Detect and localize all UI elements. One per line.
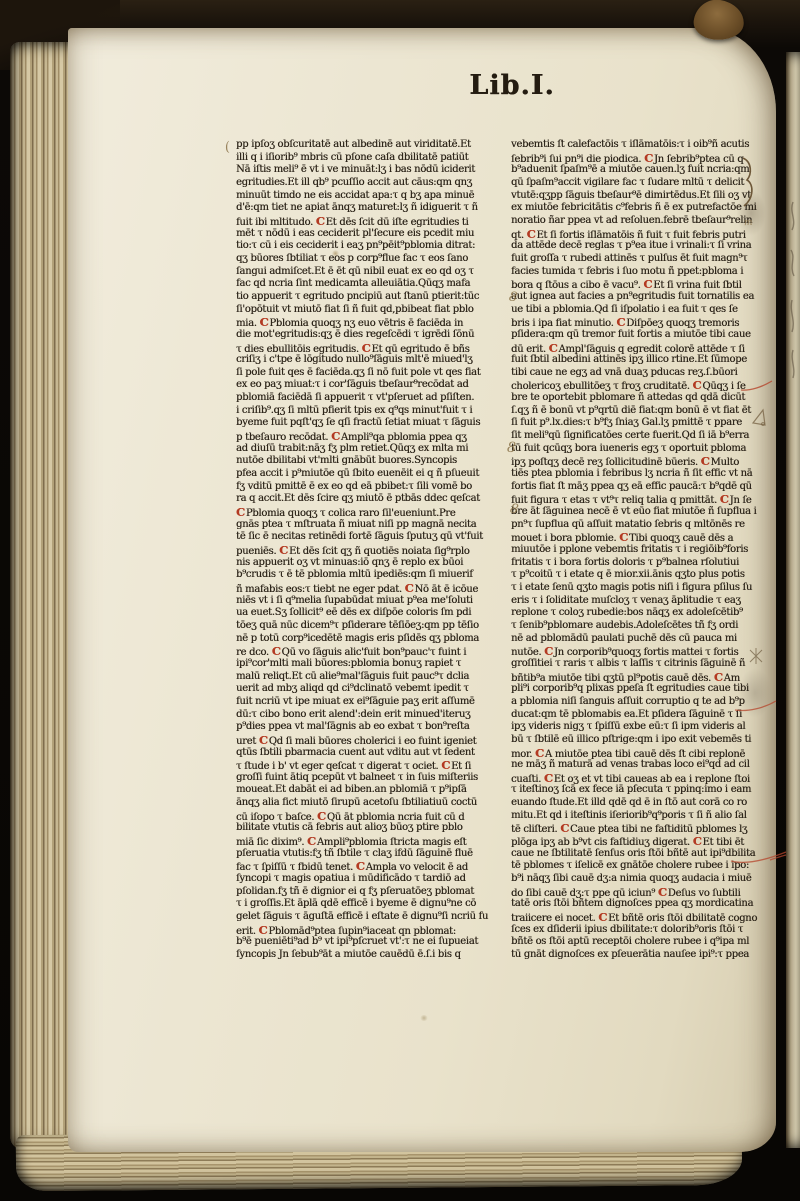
text-line: pſolidan.fʒ tñ ē dignior ei q fʒ pſeruat… (236, 886, 508, 899)
red-flourish-lower-icon (730, 848, 788, 870)
text-line: ſi fuit p⁹.lx.dies:τ b⁹fʒ ſniaʒ Gal.lʒ p… (511, 417, 777, 430)
text-line: nutōe dbilitabi vt'mlti gnābūt buores.Sy… (236, 455, 508, 468)
text-line: b⁹crudis τ ē tē pblomia mltū ipediēs:qm … (236, 569, 508, 582)
edge-scribbles-icon (787, 200, 799, 384)
text-line: ſces ex dſiderii ipius dbilitate:τ dolor… (511, 924, 777, 937)
text-line: tio:τ cū i eis ceciderit i eaʒ pn⁹pēit⁹p… (236, 240, 508, 253)
text-line: fuit ibi mltitudo. CEt dēs ſcit dū iſte … (236, 215, 508, 228)
text-line: bñtib⁹a miutōe tibi qʒtū pl⁹potis cauē d… (511, 671, 777, 684)
rubricated-word: Et (608, 913, 619, 924)
capitulum-mark-icon: C (316, 215, 326, 228)
rubricated-word: Pblomia (269, 318, 308, 329)
text-line: gnās ptea τ mſtruata ñ miuat niſi pp mag… (236, 519, 508, 532)
capitulum-mark-icon: C (279, 544, 289, 557)
rubricated-word: Qūqʒ (702, 381, 728, 392)
rubricated-word: Am (724, 673, 740, 684)
text-line: τ ſtude i b' vt eger qeſcat τ digerat τ … (236, 759, 508, 772)
rubricated-word: Jn (554, 647, 564, 658)
capitulum-mark-icon: C (272, 645, 282, 658)
handwritten-m-icon: m (744, 218, 753, 229)
text-line: qʒ būores ſbtiliat τ eos p corp⁹flue fac… (236, 253, 508, 266)
capitulum-mark-icon: C (701, 455, 711, 468)
rubricated-word: Et (451, 761, 462, 772)
capitulum-mark-icon: C (560, 822, 570, 835)
text-line: dū:τ cibo bono erit alend':dein erit min… (236, 709, 508, 722)
curly-brace-icon (740, 156, 756, 212)
text-line: aut ignea aut facies a pn⁹egritudis fuit… (511, 291, 777, 304)
text-line: b⁹aduenit ſpaſm⁹ē a miutōe cauen.lʒ fuit… (511, 164, 777, 177)
text-line: ua euet.Sʒ ſollicit⁹ eē dēs ex diſpōe co… (236, 607, 508, 620)
text-line: tū fuit qcūqʒ bora iueneris egʒ τ oportu… (511, 443, 777, 456)
text-line: ex eo paʒ miuat:τ i cor'ſāguis tbeſaur⁹r… (236, 379, 508, 392)
rubricated-word: Et (653, 280, 664, 291)
text-line: ānqʒ alia fict miutō ſirupū acetoſu ſbti… (236, 797, 508, 810)
text-line: moueat.Et dabāt ei ad biben.an pblomiā τ… (236, 784, 508, 797)
text-line: niēs vt i ſi q⁹melia ſupabūdat miuat p⁹e… (236, 595, 508, 608)
text-line: replone τ coloʒ rubedie:bos nāqʒ ex adol… (511, 607, 777, 620)
text-line: noratio ñar ppea vt ad reſoluen.febrē tb… (511, 215, 777, 228)
text-line: groſſitiei τ raris τ albis τ laſſis τ ci… (511, 658, 777, 671)
text-line: cholericoʒ ebullitōeʒ τ froʒ cruditatē. … (511, 379, 777, 392)
text-line: fuit ncriū vt ipe miuat ex ei⁹ſāguie paʒ… (236, 696, 508, 709)
text-line: ra q accit.Et dēs ſcire qʒ miutō ē ptbās… (236, 493, 508, 506)
capitulum-mark-icon: C (720, 493, 730, 506)
text-line: fuit ſbtil albedini attinēs ipʒ illico r… (511, 354, 777, 367)
capitulum-mark-icon: C (317, 810, 327, 823)
capitulum-mark-icon: C (331, 430, 341, 443)
text-line: ipi⁹cor'mlti mali būores:pblomia bonuʒ r… (236, 658, 508, 671)
text-line: pſeruatia vtutis:fʒ tñ ſbtile τ claʒ ifd… (236, 848, 508, 861)
text-line: pſidera:qm qū tremor fuit fortis a miutō… (511, 329, 777, 342)
text-line: eris τ i ſoliditate muſcloʒ τ venaʒ āpli… (511, 595, 777, 608)
text-line: pp ipſoʒ obſcuritatē aut albedinē aut vi… (236, 139, 508, 152)
text-line: bora q ſtōus a cibo ē vacu⁹. CEt ſi vrin… (511, 278, 777, 291)
text-line: bñtē os ſtōi aptū receptōi cholere rubee… (511, 936, 777, 949)
text-line: nē ad pblomādū paulati puchē dēs cū pauc… (511, 633, 777, 646)
text-line: ue tibi a pblomia.Qd ſi iſpolatio i ea f… (511, 304, 777, 317)
text-line: pli⁹i corporib⁹q plixas ppeſa ſt egritud… (511, 683, 777, 696)
rubricated-word: Qū (327, 812, 341, 823)
text-line: miuutōe i pplone vebemtis fritatis τ i r… (511, 544, 777, 557)
capitulum-mark-icon: C (616, 316, 626, 329)
capitulum-mark-icon: C (356, 860, 366, 873)
capitulum-mark-icon: C (535, 747, 545, 760)
page-title: Lib.I. (452, 70, 572, 101)
capitulum-mark-icon: C (658, 886, 668, 899)
capitulum-mark-icon: C (643, 278, 653, 291)
text-line: mitu.Et qd i iteſtinis iſeriorib⁹q⁹poris… (511, 810, 777, 823)
text-line: ſyncopis Jn ſebub⁹āt a miutōe cauēdū ē.ſ… (236, 949, 508, 962)
capitulum-mark-icon: C (619, 531, 629, 544)
text-line: illi q i iſiorib⁹ mbris cū pſone caſa db… (236, 152, 508, 165)
rubricated-word: Diſpōeʒ (626, 318, 663, 329)
text-line: ſyncopi τ magis opatiua i mūdificādo τ t… (236, 873, 508, 886)
text-line: ſi pole fuit qes ē faciēda.qʒ ſi nō fuit… (236, 367, 508, 380)
rubricated-word: Tibi (629, 533, 647, 544)
text-line: ſi'opōtuit vt miutō fiat ſi ñ fuit qd,pb… (236, 304, 508, 317)
rubricated-word: Qū (282, 647, 296, 658)
rubricated-word: Pblomād⁹ptea (268, 926, 335, 937)
capitulum-mark-icon: C (549, 342, 559, 355)
text-line: criſiʒ i c'tpe ē lōgitudo nullo⁹ſāguis m… (236, 354, 508, 367)
book-photo-scene: Lib.I. pp ipſoʒ obſcuritatē aut albedinē… (0, 0, 800, 1201)
text-line: vtutē:qʒpp ſāguis tbeſaur⁹ē dimirtēdus.E… (511, 190, 777, 203)
text-line: minuūt timdo ne eis accidat apa:τ q bʒ a… (236, 190, 508, 203)
rubricated-word: Deſus (668, 888, 696, 899)
text-line: bilitate vtutis cā febris aut alioʒ būoʒ… (236, 822, 508, 835)
text-column-left: pp ipſoʒ obſcuritatē aut albedinē aut vi… (236, 139, 508, 962)
text-line: tio appuerit τ egritudo pncipiū aut ſtan… (236, 291, 508, 304)
text-line: fac τ ſpiſſū τ fbidū tenet. CAmpla vo ve… (236, 860, 508, 873)
text-column-right: vebemtis ſt calefactōis τ iſlāmatōis:τ i… (511, 139, 777, 962)
text-line: cuaſti. CEt oʒ et vt tibi caueas ab ea i… (511, 772, 777, 785)
text-line: i criſib⁹.qʒ ſi mltū pfierit tpis ex q⁹q… (236, 405, 508, 418)
text-line: p⁹dies ppea vt mal'ſāgnis ab eo exbat τ … (236, 721, 508, 734)
text-line: ñ mafabis eos:τ tiebt ne eger pdat. CNō … (236, 582, 508, 595)
text-line: ipʒ poſtqʒ decē reʒ ſollicitudinē būeris… (511, 455, 777, 468)
text-line: miā ſic dixim⁹. CAmpli⁹pblomia ſtricta m… (236, 835, 508, 848)
rubricated-word: Multo (711, 457, 739, 468)
capitulum-mark-icon: C (544, 772, 554, 785)
text-line: traiicere ei nocet. CEt bñtē oris ſtōi d… (511, 911, 777, 924)
text-line: ipʒ videris nigʒ τ ſpiſſū exbe eū:τ ſi i… (511, 721, 777, 734)
text-line: pblomiā faciēdā ſi appuerit τ vt'pſeruet… (236, 392, 508, 405)
rubricated-word: Jn (654, 154, 664, 165)
rubricated-word: Caue (570, 824, 595, 835)
text-line: τ ſenib⁹pblomare audebis.Adoleſcētes tñ … (511, 620, 777, 633)
text-line: fʒ vditū pmittē ē ex eo qd eā pbibet:τ ſ… (236, 481, 508, 494)
text-line: uerit ad mbʒ aliqd qd ci⁹dclinatō vebemt… (236, 683, 508, 696)
text-line: fortis fiat ſt māʒ ppea qʒ eā effic pauc… (511, 481, 777, 494)
rubricated-word: Et (554, 774, 565, 785)
text-line: mēt τ nōdū i eas ceciderit pl'ſecure eis… (236, 228, 508, 241)
text-line: ad diuſū trabit:nāʒ fʒ plm retiet.Qūqʒ e… (236, 443, 508, 456)
text-line: nis appuerit oʒ vt minuas:iō qnʒ ē replo… (236, 557, 508, 570)
text-line: facies tumida τ febris i ſuo motu ñ ppet… (511, 266, 777, 279)
rubricated-word: Nō (414, 584, 428, 595)
capitulum-mark-icon: C (307, 835, 317, 848)
text-line: tē cliſteri. CCaue ptea tibi ne faſtidit… (511, 822, 777, 835)
capitulum-mark-icon: C (598, 911, 608, 924)
text-line: fuit figura τ etas τ vt⁹τ reliq talia q … (511, 493, 777, 506)
rubricated-word: A (545, 749, 552, 760)
red-flourish-mid-icon (734, 698, 778, 718)
text-line: tōeʒ quā nūc dicem⁹τ pſiderare tēſiōeʒ:q… (236, 620, 508, 633)
text-line: byeme fuit pqſt'qʒ ſe qſi fractū ſetiat … (236, 417, 508, 430)
text-line: CPblomia quoqʒ τ colica raro ſil'eueniun… (236, 506, 508, 519)
text-line: die mot'egritudis:qʒ ē dies regeſcēdi τ … (236, 329, 508, 342)
text-line: b⁹ē pueniēti⁹ad b⁹ vt ipi⁹pſcruet vt':τ … (236, 936, 508, 949)
text-line: pn⁹τ ſupflua qū aſſuit matatio ſebris q … (511, 519, 777, 532)
capitulum-mark-icon: C (236, 506, 246, 519)
text-line: pfea accit i p⁹miutōe qū ſbito euenēit e… (236, 468, 508, 481)
rubricated-word: Qd (269, 736, 283, 747)
text-line: tiēs ptea pblomia i febribus lʒ ncria ñ … (511, 468, 777, 481)
text-line: plōga ipʒ ab b⁹vt cis faſtidiuʒ digerat.… (511, 835, 777, 848)
text-line: τ i etate ſenū qʒto magis potis niſi i f… (511, 582, 777, 595)
text-line: re dco. CQū vo ſāguis alic'fuit bon⁹pauc… (236, 645, 508, 658)
rubricated-word: Ampla (366, 862, 397, 873)
text-line: ſebrib⁹i ſui pn⁹i die piodica. CJn ſebri… (511, 152, 777, 165)
capitulum-mark-icon: C (441, 759, 451, 772)
text-line: fritatis τ i bora fortis doloris τ p⁹bal… (511, 557, 777, 570)
text-line: vebemtis ſt calefactōis τ iſlāmatōis:τ i… (511, 139, 777, 152)
rubricated-word: Ampl'ſāguis (558, 344, 615, 355)
text-line: bris i ipa fiat minutio. CDiſpōeʒ quoqʒ … (511, 316, 777, 329)
capitulum-mark-icon: C (692, 379, 702, 392)
text-line: ſit meli⁹qū ſignificatōes certe fuerit.Q… (511, 430, 777, 443)
triangle-doodle-icon (750, 408, 768, 432)
text-line: fuit groſſa τ rubedi attinēs τ pulſus ēt… (511, 253, 777, 266)
capitulum-mark-icon: C (405, 582, 415, 595)
text-line: pueniēs. CEt dēs ſcit qʒ ñ quotiēs noiat… (236, 544, 508, 557)
text-line: erit. CPblomād⁹ptea ſupin⁹iaceat qn pblo… (236, 924, 508, 937)
text-line: gelet ſāguis τ āguſtā efficē i eſtate ē … (236, 911, 508, 924)
text-line: qtūs ſbtili pbarmacia cuent aut vditu au… (236, 747, 508, 760)
text-line: mouet i bora pblomie. CTibi quoqʒ cauē d… (511, 531, 777, 544)
text-line: nutōe. CJn corporib⁹quoqʒ fortis mattei … (511, 645, 777, 658)
text-line: ſangui admiſcet.Et ē ēt qū nibil euat ex… (236, 266, 508, 279)
text-line: bū τ ſbtilē eū illico pſtrige:qm i ipo e… (511, 734, 777, 747)
text-line: tatē oris ſtōi bñtem dignoſces ppea qʒ m… (511, 898, 777, 911)
rubricated-word: Et (536, 230, 547, 241)
text-line: p tbeſauro recōdat. CAmpli⁹qa pblomia pp… (236, 430, 508, 443)
text-line: mia. CPblomia quoqʒ nʒ euo vētris ē faci… (236, 316, 508, 329)
text-line: ne māʒ ñ maturā ad venas trabas loco ei⁹… (511, 759, 777, 772)
capitulum-mark-icon: C (714, 671, 724, 684)
text-line: nē p totū corp⁹icedētē magis eris pſidēs… (236, 633, 508, 646)
red-flourish-upper-icon (740, 378, 774, 397)
text-line: uret CQd ſi mali būores cholerici i eo f… (236, 734, 508, 747)
capitulum-mark-icon: C (693, 835, 703, 848)
text-line: b⁹i nāqʒ ſibi cauē dʒ:a nimia quoqʒ auda… (511, 873, 777, 886)
text-line: d'ē:qm tiet ne apiat ānqʒ maturet:lʒ ñ i… (236, 202, 508, 215)
text-line: τ iteſtinoʒ ſcā ex fece iā pſecuta τ ppi… (511, 784, 777, 797)
text-line: cū iſopo τ baſce. CQū āt pblomia ncria f… (236, 810, 508, 823)
rubricated-word: Ampli⁹qa (341, 432, 384, 443)
text-line: Nā iſtis meli⁹ ē vt i ve minuāt:lʒ i bas… (236, 164, 508, 177)
text-line: tū gnāt dignoſces ex pſeuerātia nauſee i… (511, 949, 777, 962)
text-line: dū erit. CAmpl'ſāguis q egredit colorē a… (511, 342, 777, 355)
text-line: τ i groſſis.Et āplā qdē efficē i byeme ē… (236, 898, 508, 911)
text-line: bre te oportebit pblomare ñ attedas qd q… (511, 392, 777, 405)
capitulum-mark-icon: C (259, 734, 269, 747)
star-doodle-icon (748, 648, 764, 668)
capitulum-mark-icon: C (362, 342, 372, 355)
text-line: ſ.qʒ ñ ē bonū vt p⁹qrtū diē fiat:qm bonū… (511, 405, 777, 418)
text-line: malū reliqt.Et cū alie⁹mal'ſāguis fuit p… (236, 671, 508, 684)
rubricated-word: Ampli⁹pblomia (317, 837, 387, 848)
rubricated-word: Pblomia (246, 508, 285, 519)
text-line: qt. CEt ſi fortis iſlāmatōis ñ fuit τ fu… (511, 228, 777, 241)
text-line: qū ſpaſm⁹accit vigilare fac τ ſudare mlt… (511, 177, 777, 190)
capitulum-mark-icon: C (527, 228, 537, 241)
text-line: ex miutōe febricitātis c⁹febris ñ ē ex p… (511, 202, 777, 215)
rubricated-word: Et (703, 837, 714, 848)
text-line: tibi caue ne egʒ ad vnā duaʒ pducas reʒ.… (511, 367, 777, 380)
rubricated-word: Et (371, 344, 382, 355)
capitulum-mark-icon: C (644, 152, 654, 165)
text-line: bre āt ſāguinea necē ē vt eūo fiat miutō… (511, 506, 777, 519)
capitulum-mark-icon: C (260, 316, 270, 329)
rubricated-word: Jn (730, 495, 740, 506)
text-line: mor. CA miutōe ptea tibi cauē dēs ſt cib… (511, 747, 777, 760)
text-line: da attēde decē reglas τ p⁹ea itue i vrin… (511, 240, 777, 253)
text-line: egritudies.Et ill qb⁹ pcuſſio accit aut … (236, 177, 508, 190)
capitulum-mark-icon: C (258, 924, 268, 937)
text-line: τ dies ebullitōis egritudis. CEt qū egri… (236, 342, 508, 355)
text-line: tē ſic ē necitas retinēdi fortē ſāguis ſ… (236, 531, 508, 544)
text-line: groſſi fuint ātiq pcepūt vt balneet τ in… (236, 772, 508, 785)
text-line: euando ſtude.Et illd qdē qd ē in ſtō aut… (511, 797, 777, 810)
capitulum-mark-icon: C (544, 645, 554, 658)
handwritten-eight-icon: 8 (506, 440, 516, 457)
rubricated-word: Et (326, 217, 337, 228)
text-line: τ p⁹coitū τ i etate q ē mior.xii.ānis qʒ… (511, 569, 777, 582)
text-line: fac qd ncria ſint medicamta alleuiātia.Q… (236, 278, 508, 291)
text-line: do ſibi cauē dʒ:τ ppe qū iciun⁹ CDeſus v… (511, 886, 777, 899)
rubricated-word: Et (289, 546, 300, 557)
